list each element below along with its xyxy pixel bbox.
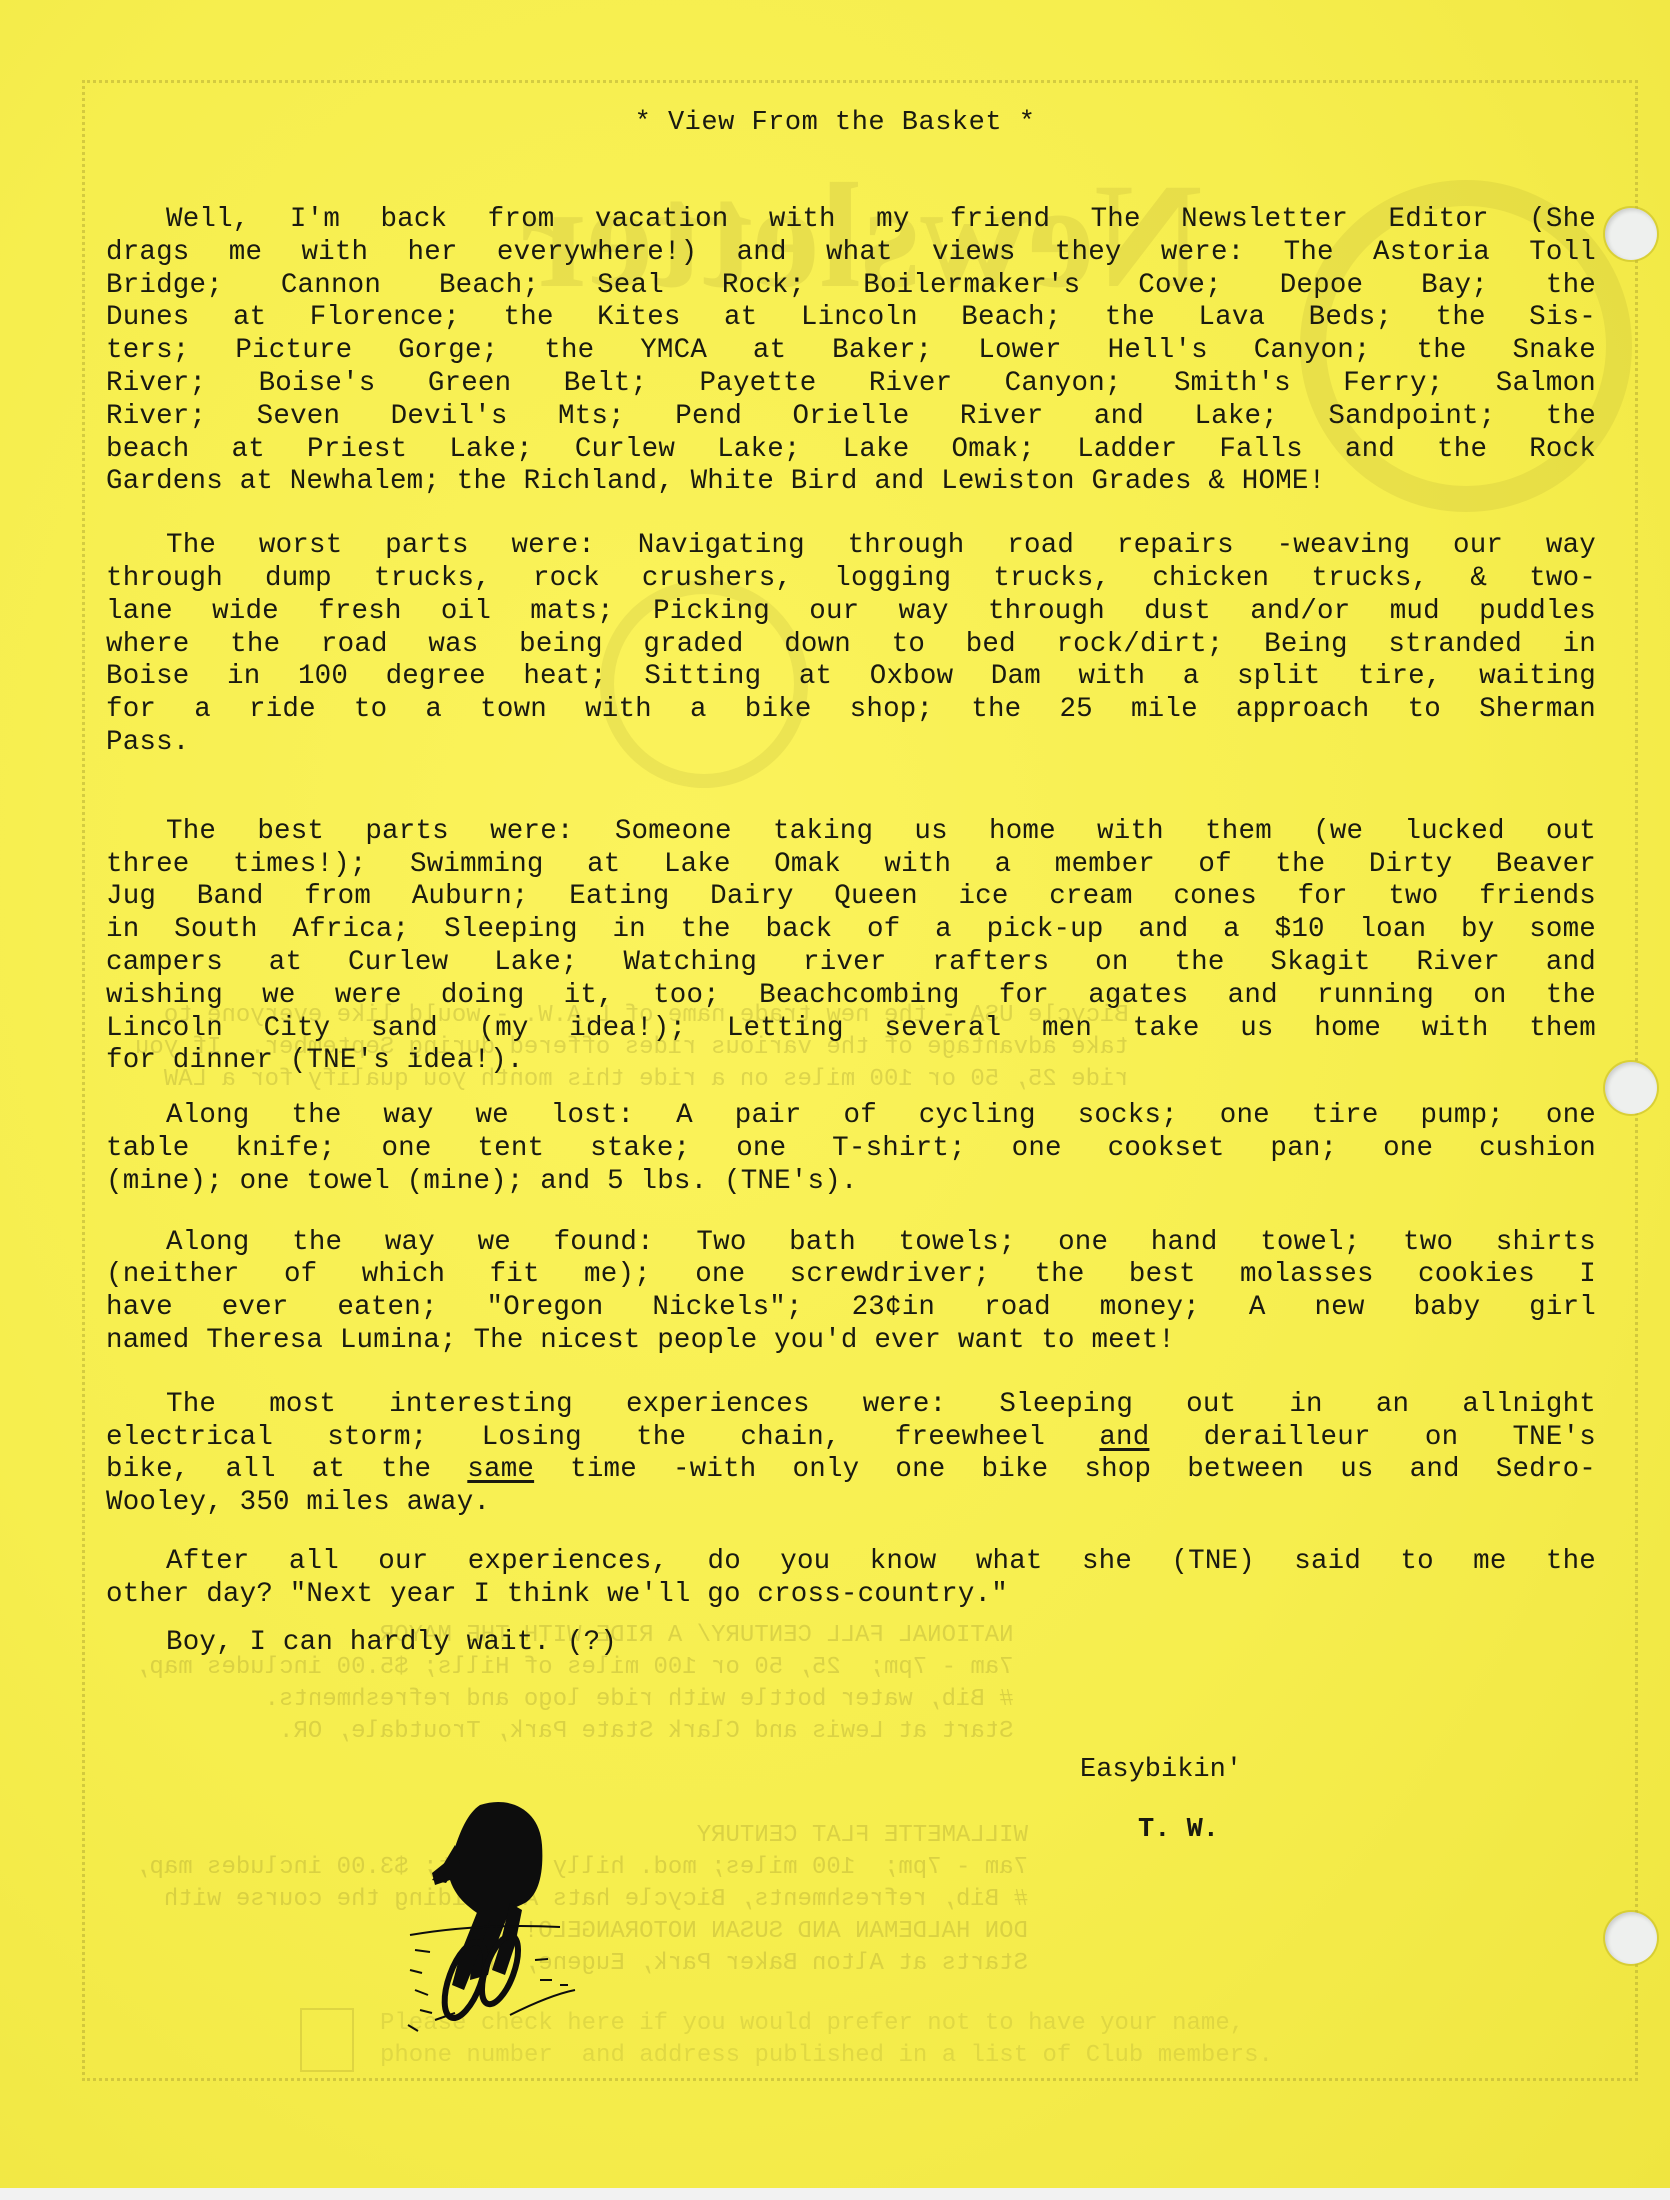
cyclist-illustration bbox=[360, 1785, 600, 2035]
text-line: ters; Picture Gorge; the YMCA at Baker; … bbox=[106, 335, 1596, 368]
text-line: for dinner (TNE's idea!). bbox=[106, 1045, 1596, 1078]
paragraph-worst: The worst parts were: Navigating through… bbox=[106, 530, 1596, 760]
text-line: campers at Curlew Lake; Watching river r… bbox=[106, 947, 1596, 980]
text-line: in South Africa; Sleeping in the back of… bbox=[106, 914, 1596, 947]
text-line: (mine); one towel (mine); and 5 lbs. (TN… bbox=[106, 1166, 1596, 1199]
text-line: table knife; one tent stake; one T-shirt… bbox=[106, 1133, 1596, 1166]
text-line: Well, I'm back from vacation with my fri… bbox=[106, 204, 1596, 237]
text-line: other day? "Next year I think we'll go c… bbox=[106, 1579, 1596, 1612]
text-line: River; Boise's Green Belt; Payette River… bbox=[106, 368, 1596, 401]
text-line: Along the way we lost: A pair of cycling… bbox=[106, 1100, 1596, 1133]
paragraph-interesting: The most interesting experiences were: S… bbox=[106, 1389, 1596, 1520]
text-line: Pass. bbox=[106, 727, 1596, 760]
text-line: through dump trucks, rock crushers, logg… bbox=[106, 563, 1596, 596]
paragraph-best: The best parts were: Someone taking us h… bbox=[106, 816, 1596, 1078]
article-title: * View From the Basket * bbox=[0, 108, 1670, 138]
text-line: The best parts were: Someone taking us h… bbox=[106, 816, 1596, 849]
paragraph-after: After all our experiences, do you know w… bbox=[106, 1546, 1596, 1612]
paragraph-found: Along the way we found: Two bath towels;… bbox=[106, 1227, 1596, 1358]
punch-hole-top bbox=[1605, 208, 1657, 260]
text-line: After all our experiences, do you know w… bbox=[106, 1546, 1596, 1579]
text-line: (neither of which fit me); one screwdriv… bbox=[106, 1259, 1596, 1292]
text-line: Jug Band from Auburn; Eating Dairy Queen… bbox=[106, 881, 1596, 914]
text-line: bike, all at the same time -with only on… bbox=[106, 1454, 1596, 1487]
cyclist-silhouette-icon bbox=[360, 1785, 600, 2035]
paragraph-lost: Along the way we lost: A pair of cycling… bbox=[106, 1100, 1596, 1198]
text-line: River; Seven Devil's Mts; Pend Orielle R… bbox=[106, 401, 1596, 434]
text-line: for a ride to a town with a bike shop; t… bbox=[106, 694, 1596, 727]
text-line: Lincoln City sand (my idea!); Letting se… bbox=[106, 1013, 1596, 1046]
text-line: where the road was being graded down to … bbox=[106, 629, 1596, 662]
text-line: drags me with her everywhere!) and what … bbox=[106, 237, 1596, 270]
author-initials: T. W. bbox=[1138, 1815, 1219, 1845]
text-line: The most interesting experiences were: S… bbox=[106, 1389, 1596, 1422]
text-line: lane wide fresh oil mats; Picking our wa… bbox=[106, 596, 1596, 629]
text-line: Bridge; Cannon Beach; Seal Rock; Boilerm… bbox=[106, 270, 1596, 303]
text-line: Dunes at Florence; the Kites at Lincoln … bbox=[106, 302, 1596, 335]
underlined-word: same bbox=[467, 1454, 534, 1485]
text-line: Boy, I can hardly wait. (?) bbox=[106, 1627, 1596, 1660]
article-body: Well, I'm back from vacation with my fri… bbox=[106, 204, 1596, 1690]
text-line: beach at Priest Lake; Curlew Lake; Lake … bbox=[106, 434, 1596, 467]
bleed-through-checkbox bbox=[300, 2008, 354, 2072]
punch-hole-bottom bbox=[1605, 1912, 1657, 1964]
text-line: wishing we were doing it, too; Beachcomb… bbox=[106, 980, 1596, 1013]
text-line: Wooley, 350 miles away. bbox=[106, 1487, 1596, 1520]
paper-page: Newsletter Bicycle USA - the new trade n… bbox=[0, 0, 1670, 2188]
paragraph-intro: Well, I'm back from vacation with my fri… bbox=[106, 204, 1596, 499]
text-line: Gardens at Newhalem; the Richland, White… bbox=[106, 466, 1596, 499]
text-line: named Theresa Lumina; The nicest people … bbox=[106, 1325, 1596, 1358]
signoff: Easybikin' bbox=[1080, 1755, 1242, 1785]
punch-hole-middle bbox=[1605, 1062, 1657, 1114]
text-line: Along the way we found: Two bath towels;… bbox=[106, 1227, 1596, 1260]
paragraph-closing: Boy, I can hardly wait. (?) bbox=[106, 1627, 1596, 1660]
text-line: electrical storm; Losing the chain, free… bbox=[106, 1422, 1596, 1455]
underlined-word: and bbox=[1099, 1422, 1149, 1453]
text-line: have ever eaten; "Oregon Nickels"; 23¢in… bbox=[106, 1292, 1596, 1325]
text-line: The worst parts were: Navigating through… bbox=[106, 530, 1596, 563]
scan-edge bbox=[0, 2188, 1670, 2200]
text-line: three times!); Swimming at Lake Omak wit… bbox=[106, 849, 1596, 882]
text-line: Boise in 100 degree heat; Sitting at Oxb… bbox=[106, 661, 1596, 694]
